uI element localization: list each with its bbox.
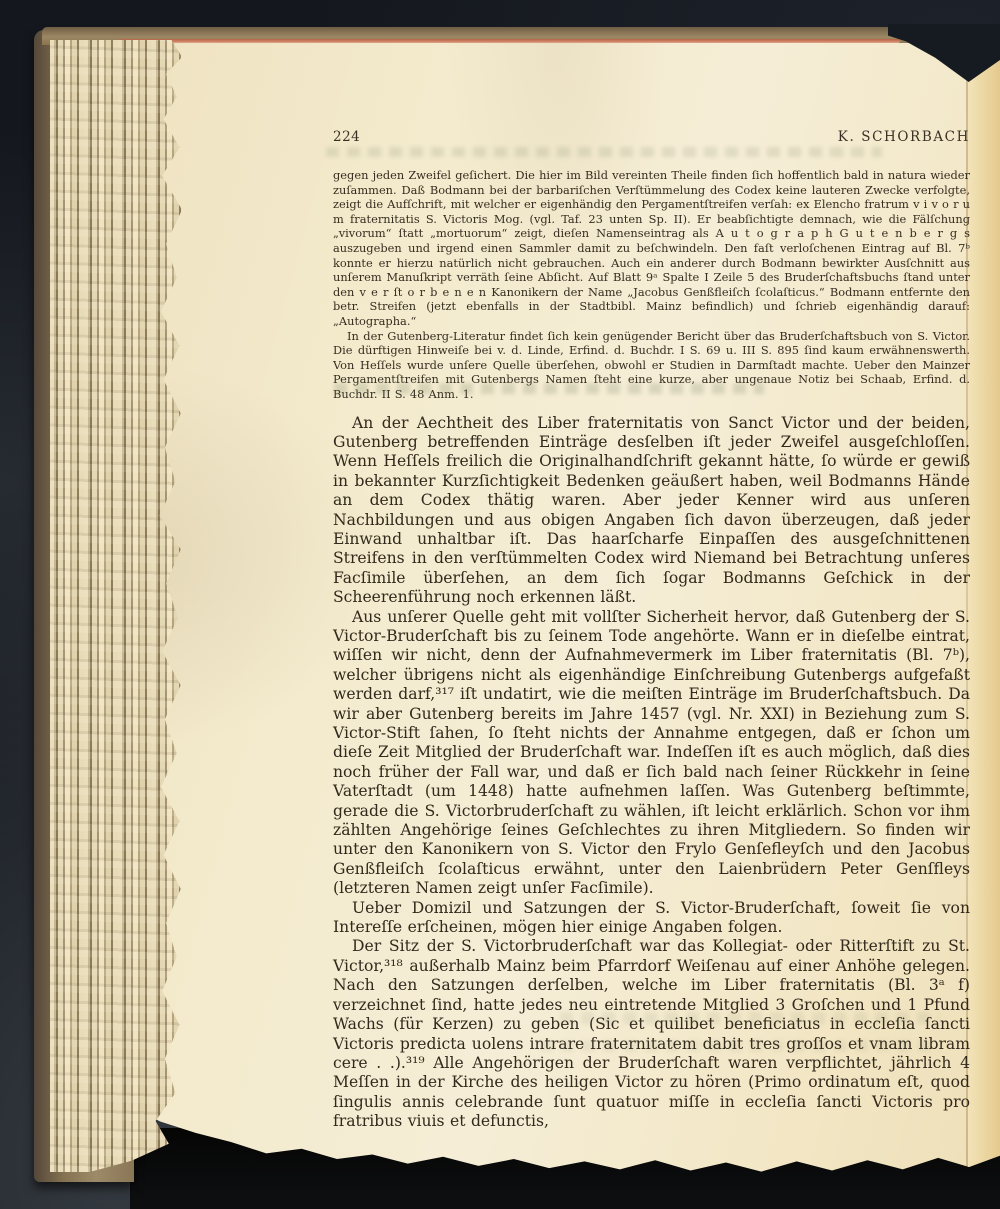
- page-content: 224 K. SCHORBACH gegen jeden Zweifel geſ…: [333, 129, 970, 1132]
- body-paragraph-2: Aus unſerer Quelle geht mit vollſter Sic…: [333, 608, 970, 899]
- gutter-page-strip: [968, 43, 1000, 1183]
- small-print-paragraph-1: gegen jeden Zweifel geſichert. Die hier …: [333, 168, 970, 329]
- book-page: 224 K. SCHORBACH gegen jeden Zweifel geſ…: [116, 43, 1000, 1183]
- small-print-block: gegen jeden Zweifel geſichert. Die hier …: [333, 168, 970, 402]
- running-head: 224 K. SCHORBACH: [333, 129, 970, 145]
- book-photograph: 224 K. SCHORBACH gegen jeden Zweifel geſ…: [0, 0, 1000, 1209]
- red-stained-page-edge: [118, 39, 900, 43]
- small-print-paragraph-2: In der Gutenberg-Literatur findet ſich k…: [333, 329, 970, 402]
- running-head-title: K. SCHORBACH: [838, 129, 970, 145]
- main-text-block: An der Aechtheit des Liber fraternitatis…: [333, 414, 970, 1132]
- body-paragraph-4: Der Sitz der S. Victorbruderſchaft war d…: [333, 937, 970, 1131]
- deckled-page-edges: [50, 40, 182, 1172]
- page-number: 224: [333, 129, 360, 145]
- body-paragraph-3: Ueber Domizil und Satzungen der S. Victo…: [333, 899, 970, 938]
- body-paragraph-1: An der Aechtheit des Liber fraternitatis…: [333, 414, 970, 608]
